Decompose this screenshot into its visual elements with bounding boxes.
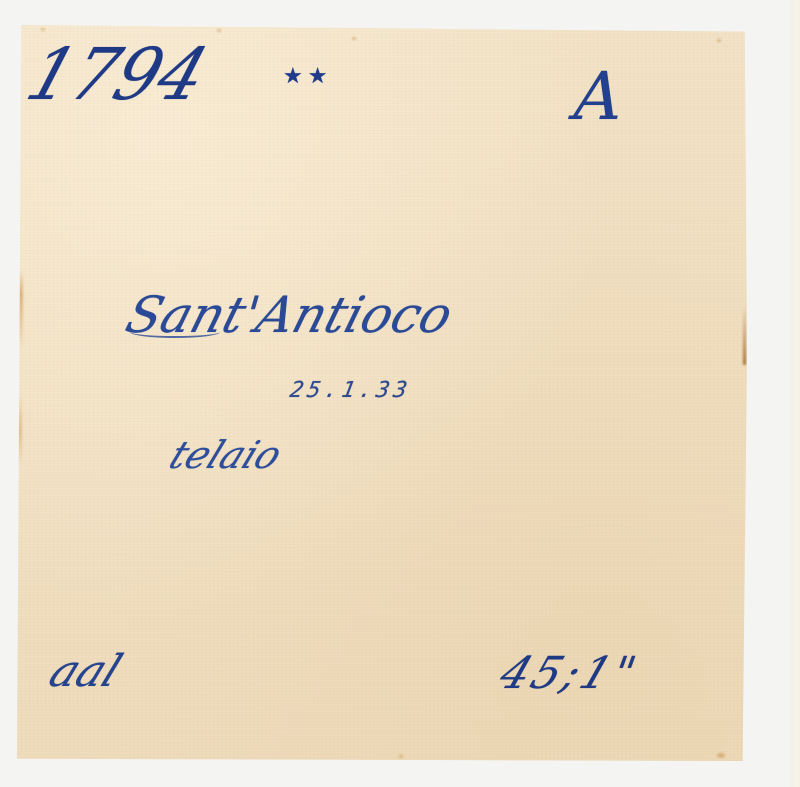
catalog-number: 1794 <box>19 40 215 111</box>
rust-stain-left-lower <box>17 395 22 465</box>
background-paper-edge <box>790 0 800 787</box>
foxing-spot <box>41 28 45 31</box>
measurement: 45;1" <box>494 652 644 696</box>
specimen-note: telaio <box>164 436 287 474</box>
collection-date: 25.1.33 <box>288 380 413 402</box>
locality-underline-swash <box>130 326 220 338</box>
rust-stain-right <box>743 305 746 365</box>
foxing-spot <box>217 29 221 32</box>
foxing-spot <box>399 755 403 758</box>
rust-stain-left <box>17 270 23 350</box>
foxing-spot <box>352 37 356 40</box>
foxing-spot <box>717 39 721 42</box>
star-marks-icon: ★★ <box>283 66 332 88</box>
foxing-spot <box>717 753 725 758</box>
